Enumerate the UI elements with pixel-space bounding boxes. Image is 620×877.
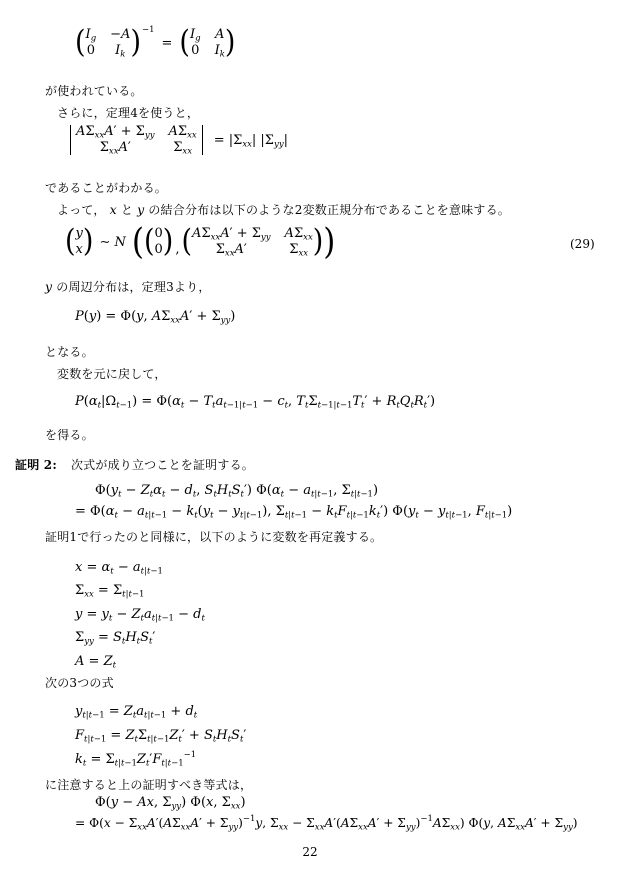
paragraph-restore-variables: 変数を元に戻して， xyxy=(57,365,167,382)
vector: ( y x ) xyxy=(65,225,93,259)
proof2-sentence: 次式が成り立つことを証明する。 xyxy=(71,458,254,472)
paragraph-theorem4: さらに，定理4を使うと， xyxy=(57,104,199,121)
matrix-cell: AΣxxA′ + Σyy xyxy=(192,226,271,242)
proof2-equation-line1: Φ(yt − Ztαt − dt, StHtSt′) Φ(αt − at|t−1… xyxy=(95,483,378,498)
matrix-cell: 0 xyxy=(191,43,199,59)
matrix-cell: Ik xyxy=(115,43,125,59)
final-equation-line2: = Φ(x − ΣxxA′(AΣxxA′ + Σyy)−1y, Σxx − Σx… xyxy=(75,816,578,830)
matrix-cell: Σxx xyxy=(289,242,308,258)
proof2-label: 証明 2: xyxy=(15,458,57,472)
right-paren: ) xyxy=(130,23,141,62)
matrix-cell: Σxx xyxy=(173,140,192,156)
matrix-cell: Ig xyxy=(190,27,201,43)
left-paren: ( xyxy=(179,23,190,62)
variable-redefinitions: x = αt − at|t−1 Σxx = Σt|t−1 y = yt − Zt… xyxy=(75,556,205,673)
matrix-exponent: −1 xyxy=(142,25,155,35)
equation-p-alpha: P(αt|Ωt−1) = Φ(αt − Ttat−1|t−1 − ct, TtΣ… xyxy=(75,394,435,409)
paragraph-obtain: を得る。 xyxy=(45,426,94,443)
equation-matrix-inverse: ( Ig −A 0 Ik ) −1 = ( Ig A 0 Ik ) xyxy=(75,26,235,60)
right-paren: ) xyxy=(313,222,324,261)
sentence-part: の周辺分布は，定理3より， xyxy=(52,280,210,294)
sentence-part: の結合分布は以下のような2変数正規分布であることを意味する。 xyxy=(144,203,510,217)
right-bar xyxy=(202,125,203,155)
redef-line: y = yt − Ztat|t−1 − dt xyxy=(75,603,205,626)
paragraph-is-used: が使われている。 xyxy=(45,82,143,99)
left-paren: ( xyxy=(144,222,155,261)
right-paren: ) xyxy=(225,23,236,62)
paragraph-follows: であることがわかる。 xyxy=(45,179,167,196)
equation-29: ( y x ) ∼ N ( ( 0 0 ) , ( AΣxxA′ + Σyy A… xyxy=(65,222,335,262)
final-equation-line1: Φ(y − Ax, Σyy) Φ(x, Σxx) xyxy=(95,795,246,810)
equation-number-29: (29) xyxy=(570,237,595,251)
three-equations: yt|t−1 = Ztat|t−1 + dt Ft|t−1 = ZtΣt|t−1… xyxy=(75,700,246,772)
equals-sign: = xyxy=(162,36,173,51)
paragraph-same-as-proof1: 証明1で行ったのと同様に，以下のように変数を再定義する。 xyxy=(45,528,382,545)
equation-line: Ft|t−1 = ZtΣt|t−1Zt′ + StHtSt′ xyxy=(75,724,246,748)
distributed-as: ∼ N xyxy=(99,235,125,250)
matrix: ( Ig −A 0 Ik ) xyxy=(75,26,141,60)
matrix-cell: 0 xyxy=(155,242,163,258)
proof2-equation-line2: = Φ(αt − at|t−1 − kt(yt − yt|t−1), Σt|t−… xyxy=(75,504,512,519)
equation-line: kt = Σt|t−1Zt′Ft|t−1−1 xyxy=(75,748,246,772)
paragraph-joint-distribution: よって， x と y の結合分布は以下のような2変数正規分布であることを意味する… xyxy=(57,201,510,218)
paragraph-tonaru: となる。 xyxy=(45,343,94,360)
matrix-cell: 0 xyxy=(155,226,163,242)
equation-line: yt|t−1 = Ztat|t−1 + dt xyxy=(75,700,246,724)
equation-p-of-y: P(y) = Φ(y, AΣxxA′ + Σyy) xyxy=(75,309,235,324)
covariance-matrix: ( AΣxxA′ + Σyy AΣxx ΣxxA′ Σxx ) xyxy=(181,225,323,259)
matrix-cell: ΣxxA′ xyxy=(216,242,247,258)
mean-vector: ( 0 0 ) xyxy=(144,225,173,259)
outer-left-paren: ( xyxy=(132,219,144,265)
left-bar xyxy=(70,125,71,155)
matrix-cell: AΣxx xyxy=(169,124,197,140)
paragraph-marginal: y の周辺分布は，定理3より， xyxy=(45,278,211,295)
inline-math-x: x xyxy=(110,202,117,217)
sentence-part: と xyxy=(117,203,137,217)
matrix-cell: AΣxx xyxy=(285,226,313,242)
comma: , xyxy=(175,242,179,257)
sentence-part: よって， xyxy=(57,203,110,217)
paragraph-next-three: 次の3つの式 xyxy=(45,674,114,691)
redef-line: Σxx = Σt|t−1 xyxy=(75,579,205,602)
determinant-matrix: AΣxxA′ + Σyy AΣxx ΣxxA′ Σxx xyxy=(65,124,208,156)
matrix-cell: −A xyxy=(110,27,130,43)
matrix-cell: x xyxy=(76,242,83,258)
redef-line: A = Zt xyxy=(75,650,205,673)
matrix-cell: Ig xyxy=(86,27,97,43)
matrix-cell: ΣxxA′ xyxy=(100,140,131,156)
determinant-rhs: = |Σxx| |Σyy| xyxy=(214,133,288,148)
outer-right-paren: ) xyxy=(323,219,335,265)
left-paren: ( xyxy=(181,222,192,261)
matrix: ( Ig A 0 Ik ) xyxy=(179,26,235,60)
page-number: 22 xyxy=(0,845,620,859)
equation-determinant: AΣxxA′ + Σyy AΣxx ΣxxA′ Σxx = |Σxx| |Σyy… xyxy=(65,124,288,156)
redef-line: x = αt − at|t−1 xyxy=(75,556,205,579)
left-paren: ( xyxy=(75,23,86,62)
matrix-cell: AΣxxA′ + Σyy xyxy=(76,124,155,140)
matrix-cell: Ik xyxy=(215,43,225,59)
matrix-cell: A xyxy=(215,27,224,43)
left-paren: ( xyxy=(65,222,76,261)
right-paren: ) xyxy=(163,222,174,261)
right-paren: ) xyxy=(83,222,94,261)
matrix-cell: 0 xyxy=(87,43,95,59)
proof2-heading: 証明 2:次式が成り立つことを証明する。 xyxy=(15,456,254,473)
redef-line: Σyy = StHtSt′ xyxy=(75,626,205,649)
matrix-cell: y xyxy=(76,226,83,242)
paragraph-noting: に注意すると上の証明すべき等式は， xyxy=(45,776,252,793)
